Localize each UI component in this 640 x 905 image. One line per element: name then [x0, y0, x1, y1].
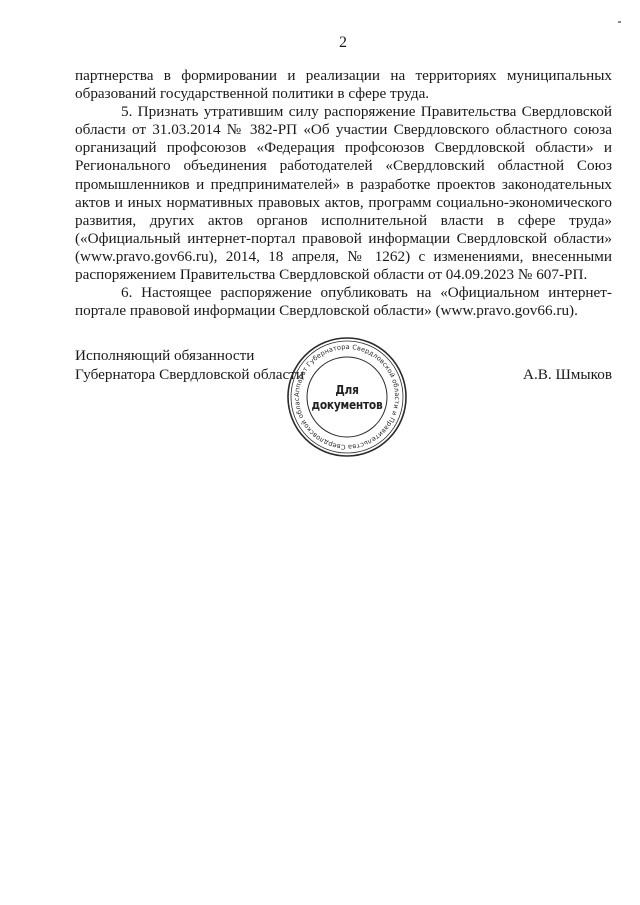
- paragraph-continuation: партнерства в формировании и реализации …: [75, 67, 612, 103]
- page-number: 2: [0, 34, 640, 52]
- signatory-position-line1: Исполняющий обязанности: [75, 346, 304, 365]
- official-stamp: Аппарат Губернатора Свердловской области…: [286, 336, 408, 458]
- paragraph-item-5: 5. Признать утратившим силу распоряжение…: [75, 103, 612, 284]
- stamp-center-line1: Для: [335, 382, 358, 397]
- scan-artifact: [618, 21, 621, 23]
- paragraph-item-6: 6. Настоящее распоряжение опубликовать н…: [75, 284, 612, 320]
- stamp-center-line2: документов: [312, 397, 383, 412]
- signatory-name: А.В. Шмыков: [523, 365, 612, 384]
- document-body: партнерства в формировании и реализации …: [75, 67, 612, 320]
- signatory-position: Исполняющий обязанности Губернатора Свер…: [75, 346, 304, 384]
- stamp-center-text: Для документов: [295, 336, 399, 458]
- signatory-position-line2: Губернатора Свердловской области: [75, 365, 304, 384]
